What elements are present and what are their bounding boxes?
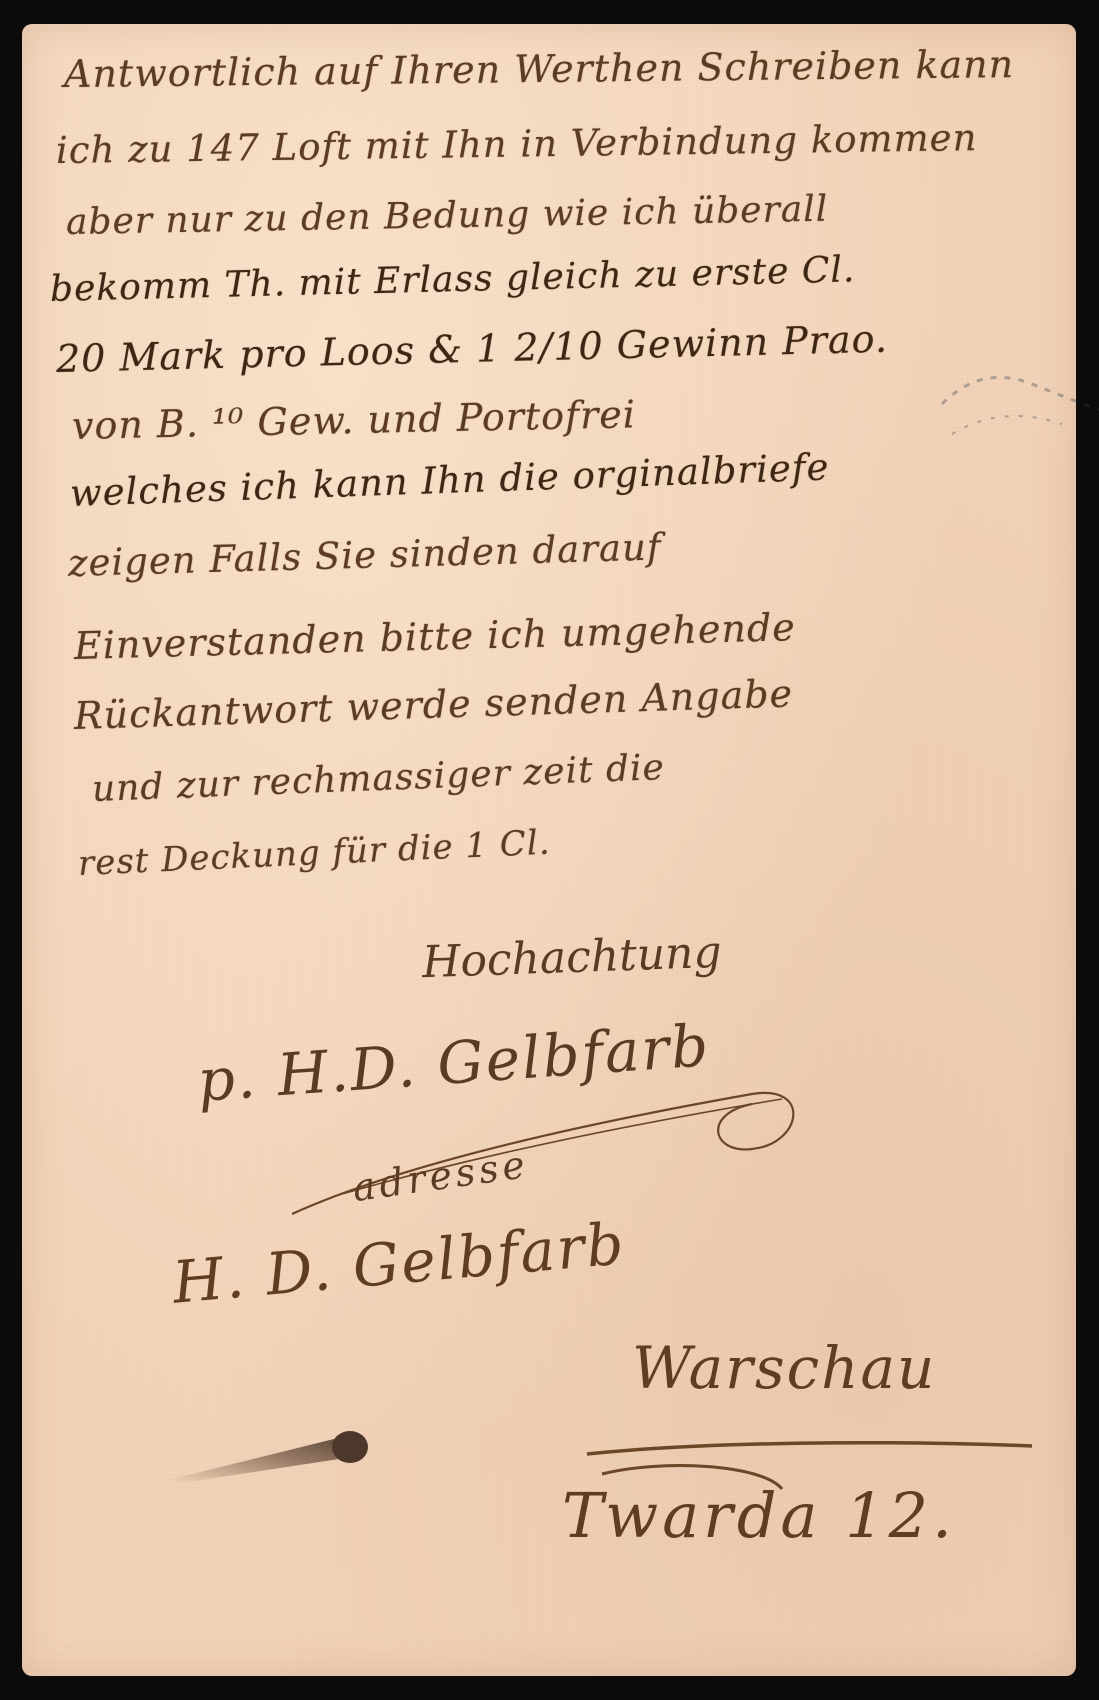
address-street: Twarda 12. <box>562 1479 956 1552</box>
letter-line-7: welches ich kann Ihn die orginalbriefe <box>69 445 830 514</box>
closing-salutation: Hochachtung <box>421 927 722 988</box>
letter-line-8: zeigen Falls Sie sinden darauf <box>67 525 662 585</box>
letter-line-12: rest Deckung für die 1 Cl. <box>77 823 551 884</box>
letter-line-10: Rückantwort werde senden Angabe <box>73 671 793 738</box>
address-label: adresse <box>350 1142 532 1210</box>
address-name: H. D. Gelbfarb <box>170 1209 628 1316</box>
postcard: Antwortlich auf Ihren Werthen Schreiben … <box>22 24 1076 1676</box>
signature: p. H.D. Gelbfarb <box>195 1011 712 1115</box>
letter-line-5: 20 Mark pro Loos & 1 2/10 Gewinn Prao. <box>55 317 888 381</box>
letter-line-11: und zur rechmassiger zeit die <box>91 747 665 810</box>
letter-line-6: von B. ¹⁰ Gew. und Portofrei <box>72 392 637 448</box>
letter-line-2: ich zu 147 Loft mit Ihn in Verbindung ko… <box>56 116 978 172</box>
letter-line-4: bekomm Th. mit Erlass gleich zu erste Cl… <box>49 249 855 310</box>
address-city: Warschau <box>632 1334 936 1402</box>
letter-line-1: Antwortlich auf Ihren Werthen Schreiben … <box>64 42 1015 96</box>
ink-smudge-icon <box>172 1429 372 1483</box>
postmark-trace-icon <box>922 344 1099 464</box>
letter-line-3: aber nur zu den Bedung wie ich überall <box>66 189 829 243</box>
letter-line-9: Einverstanden bitte ich umgehende <box>73 605 796 668</box>
